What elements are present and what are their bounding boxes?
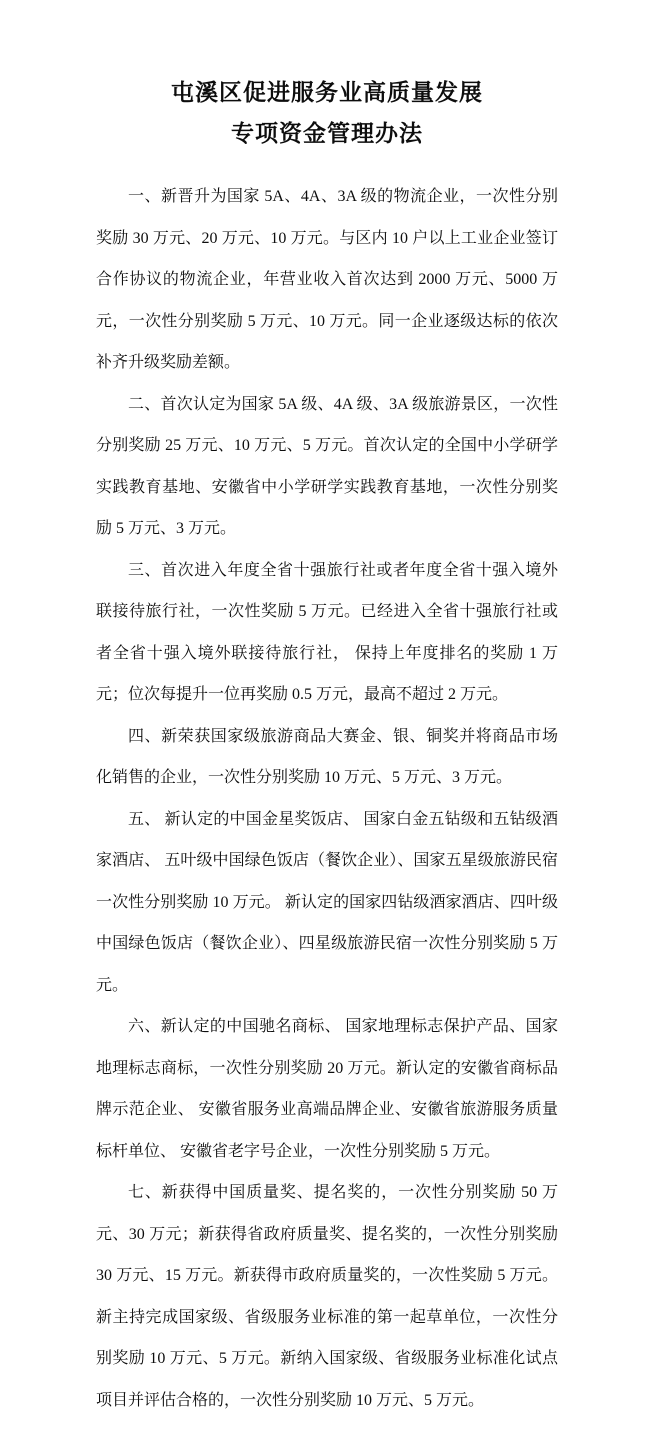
document-title-line-1: 屯溪区促进服务业高质量发展 (96, 72, 558, 113)
document-page: 屯溪区促进服务业高质量发展 专项资金管理办法 一、新晋升为国家 5A、4A、3A… (0, 0, 650, 1434)
paragraph-3: 三、首次进入年度全省十强旅行社或者年度全省十强入境外联接待旅行社，一次性奖励 5… (96, 550, 558, 716)
paragraph-7: 七、新获得中国质量奖、提名奖的，一次性分别奖励 50 万元、30 万元；新获得省… (96, 1172, 558, 1421)
paragraph-6: 六、新认定的中国驰名商标、 国家地理标志保护产品、国家地理标志商标，一次性分别奖… (96, 1006, 558, 1172)
paragraph-2: 二、首次认定为国家 5A 级、4A 级、3A 级旅游景区，一次性分别奖励 25 … (96, 384, 558, 550)
document-title-line-2: 专项资金管理办法 (96, 113, 558, 154)
paragraph-5: 五、 新认定的中国金星奖饭店、 国家白金五钻级和五钻级酒家酒店、 五叶级中国绿色… (96, 799, 558, 1007)
document-title: 屯溪区促进服务业高质量发展 专项资金管理办法 (96, 72, 558, 154)
paragraph-1: 一、新晋升为国家 5A、4A、3A 级的物流企业，一次性分别奖励 30 万元、2… (96, 176, 558, 384)
paragraph-4: 四、新荣获国家级旅游商品大赛金、银、铜奖并将商品市场化销售的企业，一次性分别奖励… (96, 716, 558, 799)
document-body: 一、新晋升为国家 5A、4A、3A 级的物流企业，一次性分别奖励 30 万元、2… (96, 176, 558, 1421)
